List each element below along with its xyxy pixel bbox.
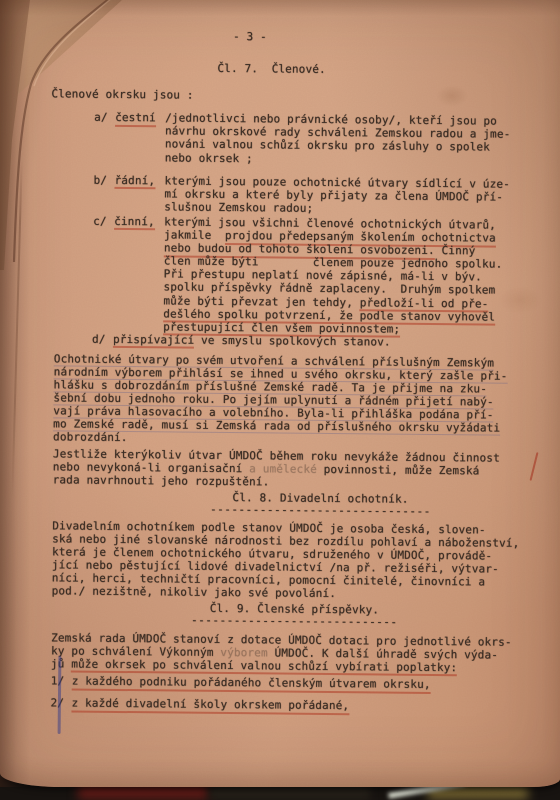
paper-sheet: - 3 - Čl. 7. Členové. Členové okrsku jso… (0, 0, 560, 787)
paper-vignette (0, 0, 560, 787)
document-photo: - 3 - Čl. 7. Členové. Členové okrsku jso… (0, 0, 560, 800)
